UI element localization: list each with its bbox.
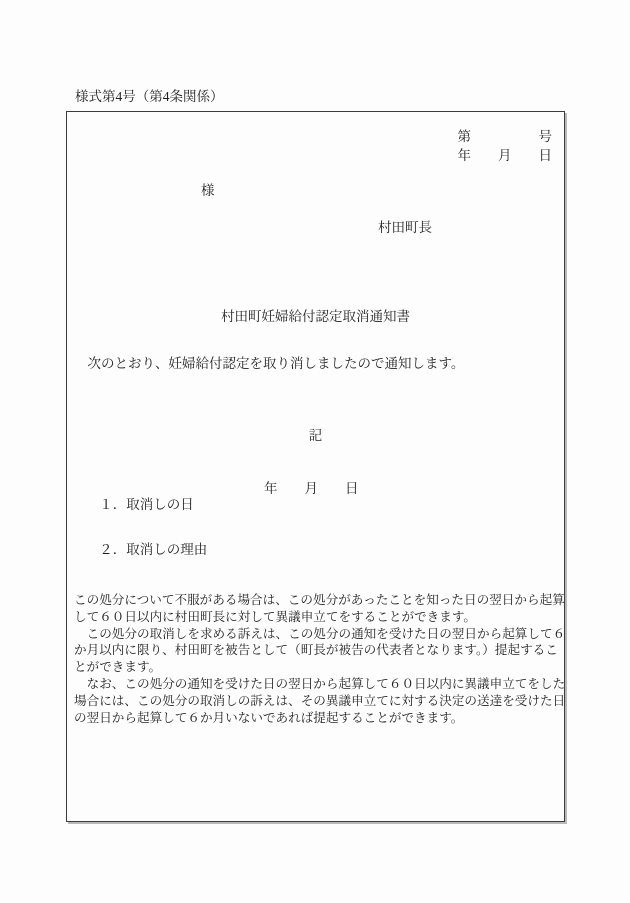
appeal-instructions: この処分について不服がある場合は、この処分があったことを知った日の翌日から起算し… <box>74 592 566 726</box>
addressee-suffix: 様 <box>201 179 215 199</box>
appeal-paragraph-after-objection: なお、この処分の通知を受けた日の翌日から起算して６０日以内に異議申立てをした場合… <box>74 676 566 726</box>
doc-date-blank-line: 年 月 日 <box>458 146 553 165</box>
document-title: 村田町妊婦給付認定取消通知書 <box>67 305 564 325</box>
sender-name: 村田町長 <box>378 216 432 236</box>
doc-number-blank-line: 第 号 <box>458 127 553 146</box>
form-number-label: 様式第4号（第4条関係） <box>75 85 224 105</box>
item-cancellation-reason-label: ２．取消しの理由 <box>99 542 207 557</box>
appeal-paragraph-lawsuit: この処分の取消しを求める訴えは、この処分の通知を受けた日の翌日から起算して６か月… <box>74 626 566 676</box>
appeal-paragraph-objection: この処分について不服がある場合は、この処分があったことを知った日の翌日から起算し… <box>74 592 566 626</box>
item-cancellation-date-blank: 年 月 日 <box>264 477 359 497</box>
letterhead-number-date: 第 号 年 月 日 <box>458 127 553 165</box>
item-cancellation-reason: ２．取消しの理由 <box>79 522 207 574</box>
item-cancellation-date-label: １．取消しの日 <box>99 497 194 512</box>
record-marker: 記 <box>67 424 564 444</box>
document-frame: 第 号 年 月 日 様 村田町長 村田町妊婦給付認定取消通知書 次のとおり、妊婦… <box>66 111 565 822</box>
notification-sentence: 次のとおり、妊婦給付認定を取り消しましたので通知します。 <box>74 352 560 372</box>
document-page: 様式第4号（第4条関係） 第 号 年 月 日 様 村田町長 村田町妊婦給付認定取… <box>0 0 630 903</box>
